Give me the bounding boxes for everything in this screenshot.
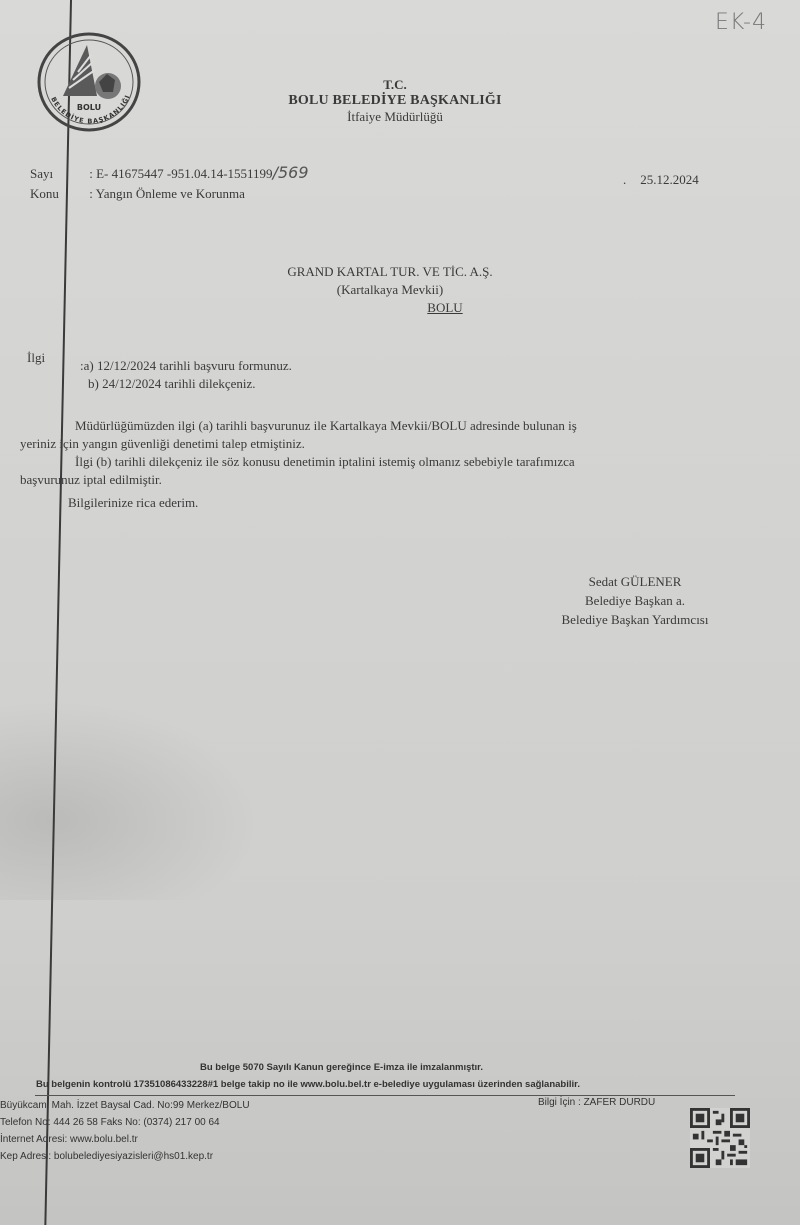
sayi-value: : E- 41675447 -951.04.14-1551199	[75, 166, 272, 181]
esign-notice: Bu belge 5070 Sayılı Kanun gereğince E-i…	[200, 1062, 483, 1073]
shadow	[0, 700, 260, 900]
info-contact: Bilgi İçin : ZAFER DURDU	[538, 1097, 655, 1108]
signatory-title-2: Belediye Başkan Yardımcısı	[535, 610, 735, 629]
sayi-label: Sayı	[30, 166, 72, 182]
handwritten-number: /569	[273, 163, 309, 182]
letterhead: T.C. BOLU BELEDİYE BAŞKANLIĞI İtfaiye Mü…	[250, 77, 540, 125]
signatory-title-1: Belediye Başkan a.	[535, 591, 735, 610]
fold-line	[44, 0, 72, 1225]
department-name: İtfaiye Müdürlüğü	[250, 109, 540, 125]
konu-row: Konu : Yangın Önleme ve Korunma	[30, 186, 245, 202]
svg-text:BOLU: BOLU	[77, 103, 101, 112]
sayi-row: Sayı : E- 41675447 -951.04.14-1551199/56…	[30, 163, 309, 182]
qr-code-icon[interactable]	[690, 1108, 750, 1168]
recipient-city: BOLU	[317, 300, 462, 315]
konu-value: : Yangın Önleme ve Korunma	[75, 186, 245, 201]
phone-fax: Telefon No: 444 26 58 Faks No: (0374) 21…	[0, 1114, 250, 1131]
paragraph-1-line-2: yeriniz için yangın güvenliği denetimi t…	[20, 435, 305, 453]
recipient-location: (Kartalkaya Mevkii)	[240, 281, 540, 299]
tc-label: T.C.	[250, 77, 540, 93]
verification-notice: Bu belgenin kontrolü 17351086433228#1 be…	[36, 1079, 580, 1090]
contact-info: Büyükcami Mah. İzzet Baysal Cad. No:99 M…	[0, 1097, 250, 1165]
paragraph-2-line-2: başvurunuz iptal edilmiştir.	[20, 471, 162, 489]
handwritten-annex-note: EK-4	[715, 10, 767, 35]
recipient-name: GRAND KARTAL TUR. VE TİC. A.Ş.	[240, 263, 540, 281]
address: Büyükcami Mah. İzzet Baysal Cad. No:99 M…	[0, 1097, 250, 1114]
paragraph-1-line-1: Müdürlüğümüzden ilgi (a) tarihli başvuru…	[75, 417, 577, 435]
recipient-block: GRAND KARTAL TUR. VE TİC. A.Ş. (Kartalka…	[240, 263, 540, 317]
ilgi-item-b: b) 24/12/2024 tarihli dilekçeniz.	[80, 375, 292, 393]
footer-divider	[35, 1095, 735, 1096]
ilgi-list: :a) 12/12/2024 tarihli başvuru formunuz.…	[80, 357, 292, 393]
bolu-municipality-seal-icon: BOLU BELEDİYE BAŞKANLIĞI	[35, 30, 143, 135]
document-page: EK-4 BOLU BELEDİYE BAŞKANLIĞI T.C. BOLU …	[0, 0, 800, 1225]
kep-address[interactable]: Kep Adresi: bolubelediyesiyazisleri@hs01…	[0, 1148, 250, 1165]
organization-name: BOLU BELEDİYE BAŞKANLIĞI	[250, 93, 540, 109]
signature-block: Sedat GÜLENER Belediye Başkan a. Belediy…	[535, 572, 735, 629]
signatory-name: Sedat GÜLENER	[535, 572, 735, 591]
document-date: .25.12.2024	[623, 172, 699, 188]
closing-line: Bilgilerinize rica ederim.	[68, 494, 198, 512]
website[interactable]: İnternet Adresi: www.bolu.bel.tr	[0, 1131, 250, 1148]
paragraph-2-line-1: İlgi (b) tarihli dilekçeniz ile söz konu…	[75, 453, 575, 471]
ilgi-label: İlgi	[27, 350, 45, 366]
ilgi-item-a: :a) 12/12/2024 tarihli başvuru formunuz.	[80, 357, 292, 375]
konu-label: Konu	[30, 186, 72, 202]
